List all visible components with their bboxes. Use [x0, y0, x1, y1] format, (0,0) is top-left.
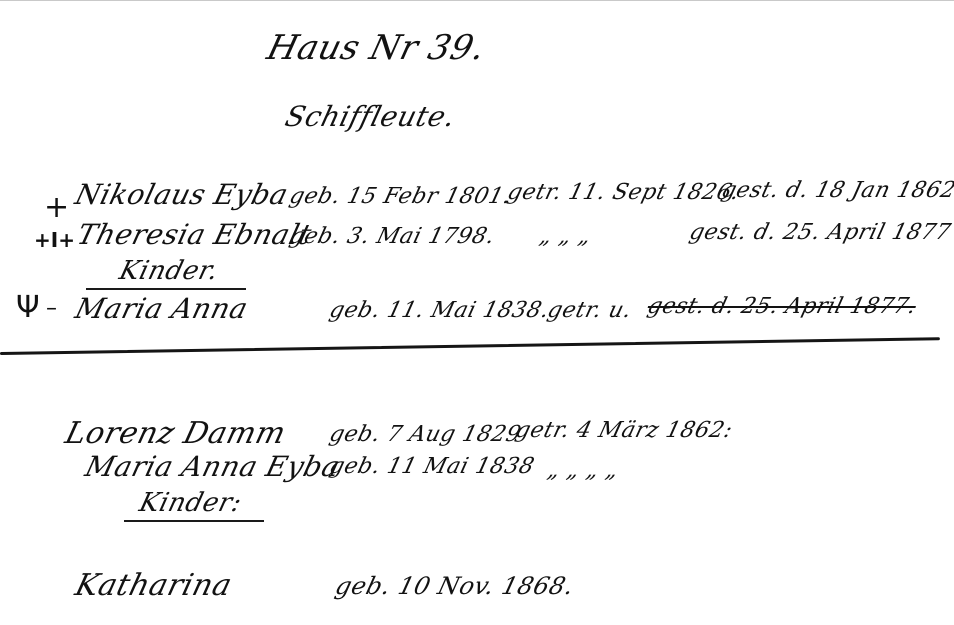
ditto-marks: „ „ „ [537, 224, 594, 249]
death-date: gest. d. 18 Jan 1862: [719, 178, 954, 203]
member-name: Lorenz Damm [62, 416, 290, 451]
marriage-date: getr. 11. Sept 1826. [505, 180, 742, 205]
member-name: Nikolaus Eyba [72, 178, 292, 211]
member-name: Theresia Ebnalt [74, 218, 315, 251]
birth-date: geb. 11 Mai 1838 [327, 454, 537, 479]
dash-mark: – [46, 296, 57, 321]
birth-date: geb. 7 Aug 1829 [327, 422, 524, 447]
birth-date: geb. 15 Febr 1801. [287, 184, 514, 209]
children-heading: Kinder: [136, 488, 245, 518]
occupation-heading: Schiffleute. [282, 100, 459, 133]
marriage-date: getr. 4 März 1862: [513, 418, 735, 443]
death-date: gest. d. 25. April 1877 [687, 220, 954, 245]
children-heading: Kinder. [116, 256, 221, 286]
member-name: Maria Anna Eyba [82, 450, 344, 483]
psi-symbol-icon: Ψ [16, 290, 40, 325]
double-cross-icon: +I+ [34, 228, 75, 252]
page-top-edge [0, 0, 954, 1]
section-divider [0, 337, 940, 355]
ditto-marks: „ „ „ „ [545, 458, 621, 483]
child-name: Maria Anna [72, 292, 252, 325]
birth-date: geb. 3. Mai 1798. [287, 224, 498, 249]
birth-date: geb. 11. Mai 1838. [327, 298, 552, 323]
child-name: Katharina [72, 568, 236, 603]
cross-icon: + [44, 190, 69, 225]
marriage-note: getr. u. [545, 298, 634, 323]
birth-date: geb. 10 Nov. 1868. [333, 572, 577, 600]
page-title: Haus Nr 39. [263, 28, 489, 68]
children-heading-underline [86, 288, 246, 290]
struck-death-date: gest. d. 25. April 1877. [645, 294, 919, 319]
children-heading-underline [124, 520, 264, 522]
